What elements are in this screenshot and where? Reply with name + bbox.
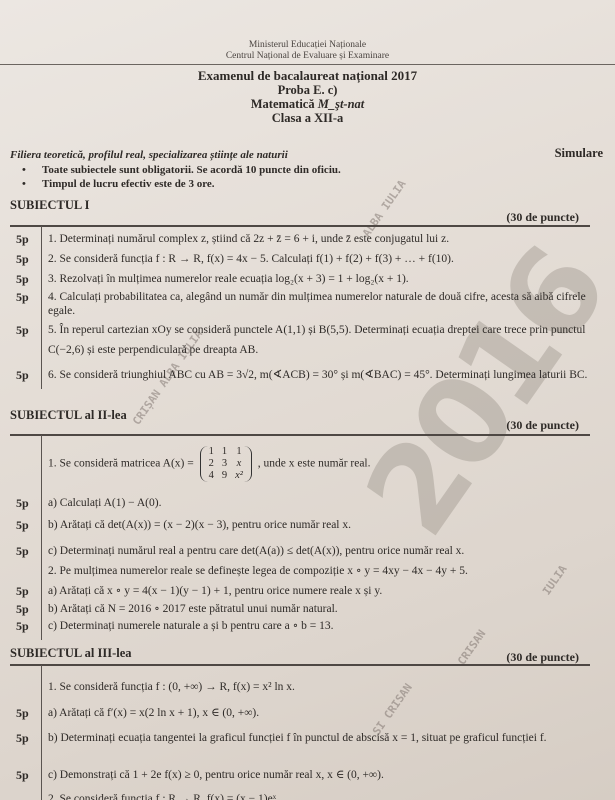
section-rule bbox=[10, 664, 590, 666]
points-column-divider bbox=[41, 665, 42, 800]
problem-text: 4. Calculați probabilitatea ca, alegând … bbox=[48, 290, 593, 318]
matrix-cell: 1 bbox=[205, 446, 218, 458]
bullet-icon: • bbox=[22, 163, 42, 177]
points-label: 5p bbox=[16, 290, 29, 304]
problem-text: 1. Determinați numărul complex z, știind… bbox=[48, 232, 593, 246]
problem-text: 1. Se consideră funcția f : (0, +∞) → R,… bbox=[48, 680, 593, 694]
subject-2-title: SUBIECTUL al II-lea bbox=[10, 408, 127, 423]
matrix-intro: 1. Se consideră matricea A(x) = 111 23x … bbox=[48, 446, 593, 482]
points-label: 5p bbox=[16, 730, 29, 747]
points-label: 5p bbox=[16, 518, 29, 532]
points-label: 5p bbox=[16, 768, 29, 782]
subject-profile: M_şt-nat bbox=[318, 97, 365, 111]
exam-title-block: Examenul de bacalaureat național 2017 Pr… bbox=[0, 68, 615, 125]
points-label: 5p bbox=[16, 706, 29, 720]
problem-text: c) Determinați numărul real a pentru car… bbox=[48, 544, 593, 558]
points-label: 5p bbox=[16, 272, 29, 286]
matrix-cell: 3 bbox=[218, 458, 231, 470]
subject-1-title: SUBIECTUL I bbox=[10, 198, 90, 213]
watermark-text: ALBA IULIA bbox=[360, 178, 409, 240]
instruction-item: •Timpul de lucru efectiv este de 3 ore. bbox=[22, 177, 341, 191]
intro-suffix: , unde x este număr real. bbox=[258, 458, 371, 470]
problem-text: a) Calculați A(1) − A(0). bbox=[48, 496, 593, 510]
section-rule bbox=[10, 434, 590, 436]
ministry-line-2: Centrul Național de Evaluare și Examinar… bbox=[0, 51, 615, 62]
matrix-cell: x bbox=[231, 458, 247, 470]
points-label: 5p bbox=[16, 584, 29, 598]
subject-prefix: Matematică bbox=[251, 97, 315, 111]
matrix-A: 111 23x 49x² bbox=[200, 446, 252, 482]
problem-text: b) Arătați că N = 2016 ∘ 2017 este pătra… bbox=[48, 602, 593, 616]
instructions-list: •Toate subiectele sunt obligatorii. Se a… bbox=[22, 163, 341, 191]
matrix-cell: 9 bbox=[218, 470, 231, 482]
matrix-cell: 1 bbox=[231, 446, 247, 458]
exam-title: Examenul de bacalaureat național 2017 bbox=[0, 68, 615, 83]
matrix-cell: 2 bbox=[205, 458, 218, 470]
instruction-text: Timpul de lucru efectiv este de 3 ore. bbox=[42, 177, 215, 191]
problem-text: 2. Se consideră funcția f : R → R, f(x) … bbox=[48, 792, 593, 800]
points-label: 5p bbox=[16, 544, 29, 558]
problem-text: c) Demonstrați că 1 + 2e f(x) ≥ 0, pentr… bbox=[48, 768, 593, 782]
header-rule bbox=[0, 64, 615, 65]
instruction-item: •Toate subiectele sunt obligatorii. Se a… bbox=[22, 163, 341, 177]
ministry-header: Ministerul Educației Naționale Centrul N… bbox=[0, 40, 615, 62]
matrix-cell: 1 bbox=[218, 446, 231, 458]
matrix-cell: 4 bbox=[205, 470, 218, 482]
points-label: 5p bbox=[16, 602, 29, 616]
filiera-line: Filiera teoretică, profilul real, specia… bbox=[10, 149, 288, 161]
problem-text: 3. Rezolvați în mulțimea numerelor reale… bbox=[48, 272, 593, 286]
points-label: 5p bbox=[16, 232, 29, 246]
points-label: 5p bbox=[16, 366, 29, 384]
subject-3-points: (30 de puncte) bbox=[506, 650, 579, 665]
bullet-icon: • bbox=[22, 177, 42, 191]
problem-text: 5. În reperul cartezian xOy se consideră… bbox=[48, 320, 593, 360]
subject-3-title: SUBIECTUL al III-lea bbox=[10, 646, 132, 661]
points-label: 5p bbox=[16, 619, 29, 633]
instruction-text: Toate subiectele sunt obligatorii. Se ac… bbox=[42, 163, 341, 177]
intro-prefix: 1. Se consideră matricea A(x) = bbox=[48, 458, 194, 470]
problem-text: 2. Se consideră funcția f : R → R, f(x) … bbox=[48, 252, 593, 266]
exam-page: 2016 ALBA IULIA CRIȘAN ALBA IULIA IULIA … bbox=[0, 0, 615, 800]
watermark-text: CRISAN bbox=[455, 627, 488, 667]
ministry-line-1: Ministerul Educației Naționale bbox=[0, 40, 615, 51]
problem-text: a) Arătați că f′(x) = x(2 ln x + 1), x ∈… bbox=[48, 706, 593, 720]
points-column-divider bbox=[41, 226, 42, 389]
problem-text: c) Determinați numerele naturale a și b … bbox=[48, 619, 593, 633]
subject-2-points: (30 de puncte) bbox=[506, 418, 579, 433]
exam-proba: Proba E. c) bbox=[0, 83, 615, 97]
simulare-label: Simulare bbox=[555, 146, 603, 161]
matrix-cell: x² bbox=[231, 470, 247, 482]
problem-text: a) Arătați că x ∘ y = 4(x − 1)(y − 1) + … bbox=[48, 584, 593, 598]
section-rule bbox=[10, 225, 590, 227]
exam-subject: Matematică M_şt-nat bbox=[0, 97, 615, 111]
problem-text: 6. Se consideră triunghiul ABC cu AB = 3… bbox=[48, 366, 593, 384]
points-label: 5p bbox=[16, 320, 29, 340]
problem-text: b) Arătați că det(A(x)) = (x − 2)(x − 3)… bbox=[48, 518, 593, 532]
problem-text: b) Determinați ecuația tangentei la graf… bbox=[48, 730, 593, 747]
subject-1-points: (30 de puncte) bbox=[506, 210, 579, 225]
points-label: 5p bbox=[16, 252, 29, 266]
exam-class: Clasa a XII-a bbox=[0, 111, 615, 125]
points-column-divider bbox=[41, 435, 42, 640]
points-label: 5p bbox=[16, 496, 29, 510]
problem-text: 2. Pe mulțimea numerelor reale se define… bbox=[48, 564, 593, 578]
